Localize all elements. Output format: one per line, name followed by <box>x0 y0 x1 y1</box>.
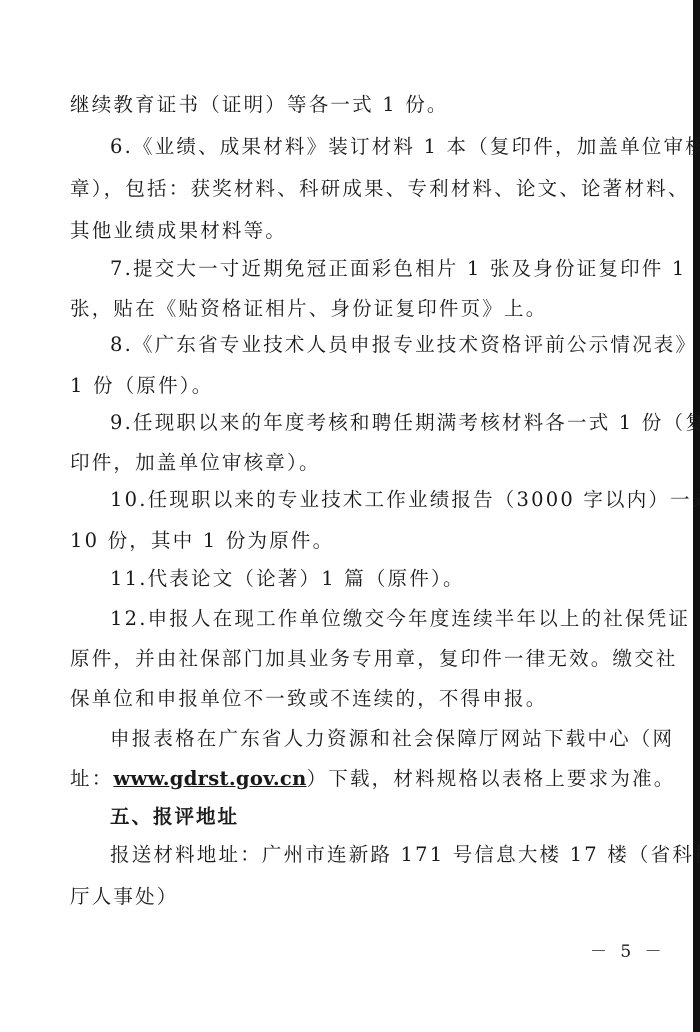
paragraph-line: 原件，并由社保部门加具业务专用章，复印件一律无效。缴交社 <box>70 646 642 672</box>
address-line: 报送材料地址：广州市连新路 171 号信息大楼 17 楼（省科技 <box>110 842 642 868</box>
paragraph-line: 张，贴在《贴资格证相片、身份证复印件页》上。 <box>70 296 642 322</box>
address-line: 厅人事处） <box>70 884 642 910</box>
paragraph-line: 10 份，其中 1 份为原件。 <box>70 528 642 554</box>
paragraph-line: 11.代表论文（论著）1 篇（原件）。 <box>110 566 642 592</box>
paragraph-line: 8.《广东省专业技术人员申报专业技术资格评前公示情况表》 <box>110 332 642 358</box>
url-line: 址：www.gdrst.gov.cn）下载，材料规格以表格上要求为准。 <box>70 766 642 792</box>
paragraph-line: 其他业绩成果材料等。 <box>70 218 642 244</box>
paragraph-line: 章），包括：获奖材料、科研成果、专利材料、论文、论著材料、 <box>70 176 642 202</box>
page-number: － 5 － <box>590 937 666 962</box>
paragraph-line: 7.提交大一寸近期免冠正面彩色相片 1 张及身份证复印件 1 <box>110 256 642 282</box>
paragraph-line: 12.申报人在现工作单位缴交今年度连续半年以上的社保凭证 <box>110 606 642 632</box>
website-link[interactable]: www.gdrst.gov.cn <box>113 767 306 790</box>
paragraph-line: 1 份（原件）。 <box>70 373 642 399</box>
paragraph-line: 保单位和申报单位不一致或不连续的，不得申报。 <box>70 686 642 712</box>
paragraph-line: 10.任现职以来的专业技术工作业绩报告（3000 字以内）一式 <box>110 487 642 513</box>
url-suffix: ）下载，材料规格以表格上要求为准。 <box>307 767 676 790</box>
url-prefix: 址： <box>70 767 113 790</box>
section-heading: 五、报评地址 <box>110 804 642 830</box>
paragraph-line: 6.《业绩、成果材料》装订材料 1 本（复印件，加盖单位审核 <box>110 134 642 160</box>
paragraph-line: 申报表格在广东省人力资源和社会保障厅网站下载中心（网 <box>110 726 642 752</box>
paragraph-line: 继续教育证书（证明）等各一式 1 份。 <box>70 92 642 118</box>
paragraph-line: 9.任现职以来的年度考核和聘任期满考核材料各一式 1 份（复 <box>110 410 642 436</box>
paragraph-line: 印件，加盖单位审核章）。 <box>70 450 642 476</box>
